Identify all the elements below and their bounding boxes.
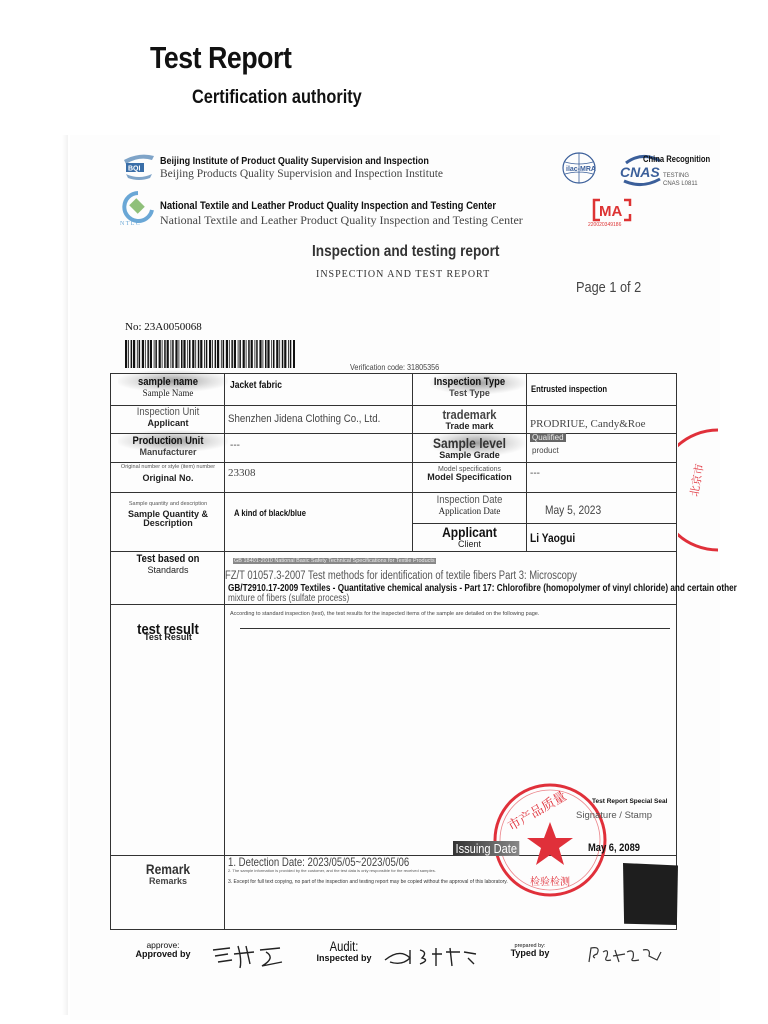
label-en: Trade mark: [413, 422, 526, 431]
value-sample-grade-2: product: [532, 446, 559, 455]
ilac-mra-logo-icon: ilac-MRA: [561, 152, 597, 184]
label-sample-name: sample name Sample Name: [112, 377, 224, 398]
report-title: Inspection and testing report: [312, 243, 499, 261]
value-application-date: May 5, 2023: [545, 503, 601, 517]
value-sample-grade-1: Qualified: [530, 433, 566, 442]
label-main: Inspection Unit: [120, 407, 216, 419]
label-en: Remarks: [112, 877, 224, 886]
label-remarks: Remark Remarks: [112, 862, 224, 886]
label-applicant: Inspection Unit Applicant: [112, 407, 224, 428]
label-client: Applicant Client: [413, 525, 526, 549]
label-main: Original number or style (item) number: [112, 465, 224, 471]
label-en-2: Description: [112, 519, 224, 528]
org1-name-printed: Beijing Products Quality Supervision and…: [160, 168, 443, 180]
ntlc-logo-icon: N T L C: [118, 190, 158, 226]
standard-item: FZ/T 01057.3-2007 Test methods for ident…: [225, 570, 577, 582]
label-sample-quantity: Sample quantity and description Sample Q…: [112, 502, 224, 529]
svg-text:BQI: BQI: [128, 166, 141, 173]
cnas-sub: TESTING CNAS L0811: [663, 172, 698, 188]
label-en: Application Date: [413, 507, 526, 516]
label-en: Approved by: [132, 950, 194, 960]
label-test-type: Inspection Type Test Type: [413, 377, 526, 398]
label-main: trademark: [421, 408, 518, 422]
page-subtitle: Certification authority: [192, 87, 362, 109]
label-en: Test Type: [413, 389, 526, 398]
audit-label: Audit: Inspected by: [313, 939, 375, 964]
label-main: Audit:: [319, 939, 369, 954]
label-main: Production Unit: [120, 436, 216, 448]
label-sample-grade: Sample level Sample Grade: [413, 436, 526, 460]
value-applicant: Shenzhen Jidena Clothing Co., Ltd.: [228, 413, 380, 425]
standard-item: mixture of fibers (sulfate process): [228, 593, 349, 604]
label-manufacturer: Production Unit Manufacturer: [112, 436, 224, 457]
value-client: Li Yaogui: [530, 531, 575, 545]
org2-name: National Textile and Leather Product Qua…: [160, 200, 496, 212]
cnas-line-2: CNAS L0811: [663, 180, 698, 188]
label-en: Standards: [112, 566, 224, 575]
ilac-label: ilac-MRA: [566, 166, 596, 173]
label-en: Manufacturer: [112, 448, 224, 457]
remark-line: 1. Detection Date: 2023/05/05~2023/05/06: [228, 855, 409, 869]
label-en: Original No.: [112, 474, 224, 483]
label-en: Sample Name: [112, 389, 224, 398]
label-main: Applicant: [421, 525, 518, 540]
value-trade-mark: PRODRIUE, Candy&Roe: [530, 418, 646, 430]
row-divider: [240, 628, 670, 629]
label-main: Sample quantity and description: [112, 502, 224, 508]
paper-edge: [62, 135, 68, 1015]
label-main: Test based on: [120, 554, 216, 566]
label-trade-mark: trademark Trade mark: [413, 408, 526, 431]
issuing-date-label: Issuing Date: [453, 841, 520, 856]
label-main: Remark: [120, 862, 216, 877]
label-main: Inspection Type: [421, 377, 518, 389]
col-divider: [224, 373, 225, 930]
label-model-spec: Model specifications Model Specification: [413, 466, 526, 483]
label-test-result: test result Test Result: [112, 622, 224, 642]
page-indicator: Page 1 of 2: [576, 279, 641, 296]
report-subtitle: INSPECTION AND TEST REPORT: [316, 269, 490, 280]
label-main: test result: [120, 622, 216, 638]
cma-logo-icon: MA: [592, 198, 632, 222]
verification-code: Verification code: 31805356: [350, 362, 439, 372]
side-stamp-icon: 北京市: [678, 425, 718, 555]
label-main: Sample level: [421, 436, 518, 451]
seal-label: Test Report Special Seal: [592, 798, 667, 805]
issuing-date-value: May 6, 2089: [588, 842, 640, 854]
row-divider: [110, 604, 677, 605]
fabric-swatch: [623, 863, 678, 925]
svg-text:检验检测: 检验检测: [530, 875, 570, 888]
value-sample-name: Jacket fabric: [230, 380, 282, 391]
result-statement: According to standard inspection (test),…: [230, 611, 539, 617]
value-original-no: 23308: [228, 467, 256, 479]
auditor-signature: [380, 942, 480, 970]
label-application-date: Inspection Date Application Date: [413, 495, 526, 516]
approver-signature: [210, 940, 285, 970]
col-divider: [526, 373, 527, 551]
barcode: [125, 340, 295, 368]
label-standards: Test based on Standards: [112, 554, 224, 575]
label-main: Inspection Date: [421, 495, 518, 507]
row-divider: [110, 492, 677, 493]
cnas-line-1: TESTING: [663, 172, 698, 180]
remark-line: 2. The sample information is provided by…: [228, 868, 436, 873]
label-en: Inspected by: [313, 954, 375, 964]
svg-text:北京市: 北京市: [687, 463, 707, 498]
value-model-spec: ---: [530, 468, 540, 479]
report-number: No: 23A0050068: [125, 321, 202, 333]
label-main: sample name: [120, 377, 216, 389]
svg-text:MA: MA: [599, 203, 622, 220]
label-original-no: Original number or style (item) number O…: [112, 465, 224, 483]
svg-text:CNAS: CNAS: [620, 164, 660, 180]
value-sample-quantity: A kind of black/blue: [234, 508, 306, 518]
bqi-logo-icon: BQI: [122, 152, 156, 182]
cnas-label: China Recognition: [643, 154, 710, 165]
label-en: Model Specification: [413, 473, 526, 482]
approved-by-label: approve: Approved by: [132, 941, 194, 960]
cma-number: 220020349186: [588, 222, 621, 228]
label-en: Applicant: [112, 419, 224, 428]
svg-text:市产品质量: 市产品质量: [505, 788, 569, 834]
label-en: Client: [413, 540, 526, 549]
typed-by-label: prepared by: Typed by: [508, 943, 552, 959]
label-en: Typed by: [508, 949, 552, 959]
org1-name: Beijing Institute of Product Quality Sup…: [160, 155, 429, 167]
org2-name-printed: National Textile and Leather Product Qua…: [160, 213, 523, 228]
value-test-type: Entrusted inspection: [531, 384, 607, 394]
page-title: Test Report: [150, 40, 291, 76]
value-manufacturer: ---: [230, 440, 240, 451]
svg-text:N T L C: N T L C: [120, 221, 140, 226]
signature-stamp-label: Signature / Stamp: [576, 810, 652, 821]
preparer-signature: [585, 942, 665, 968]
standard-item: GB 18401-2010 National Basic Safety Tech…: [233, 558, 436, 564]
remark-line: 3. Except for full text copying, no part…: [228, 879, 508, 885]
label-en: Sample Grade: [413, 451, 526, 460]
